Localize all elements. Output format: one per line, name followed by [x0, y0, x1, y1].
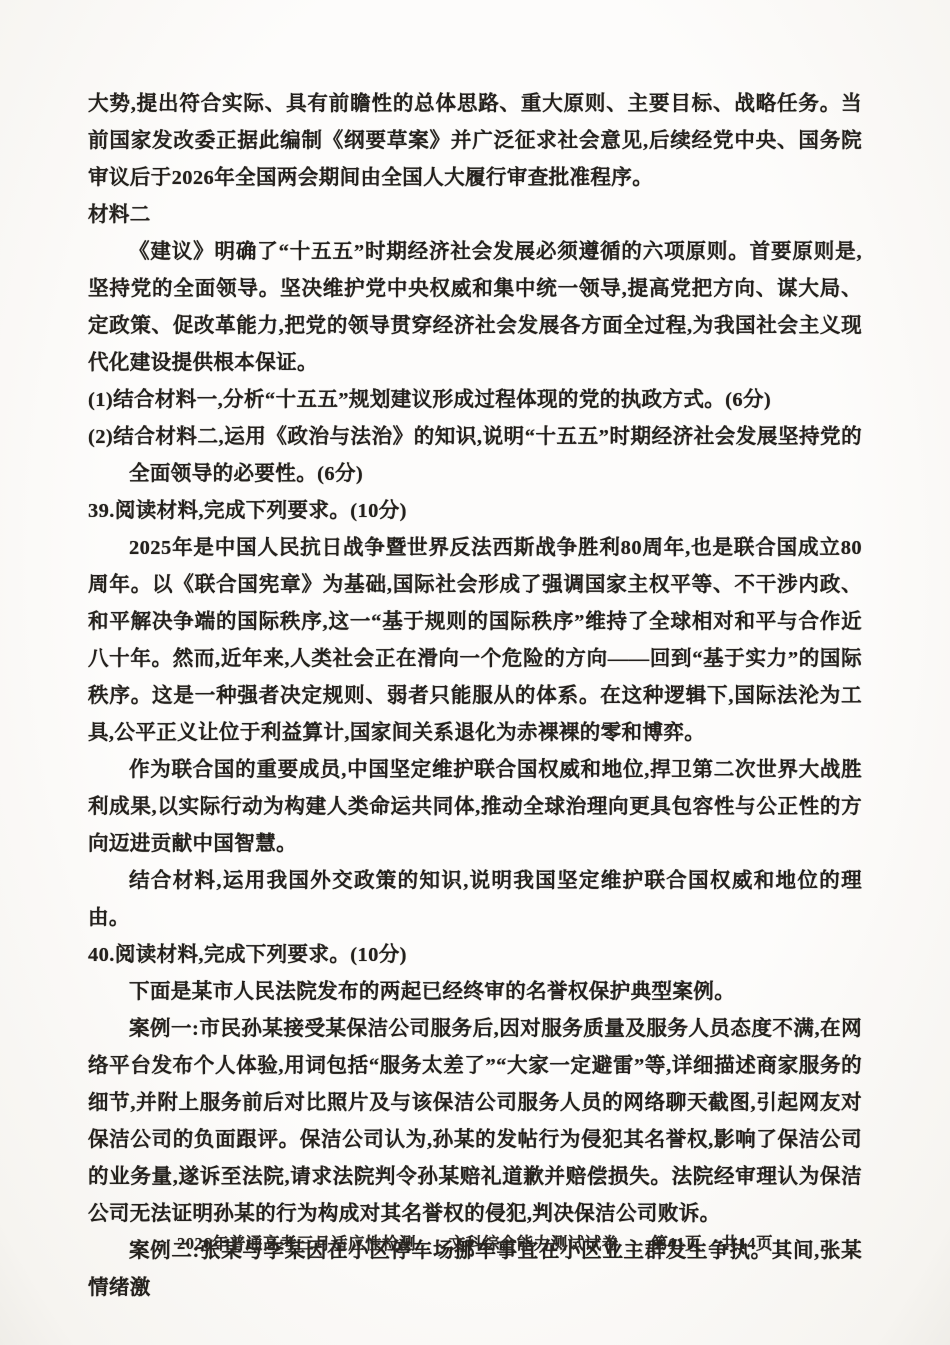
question-40-intro: 下面是某市人民法院发布的两起已经终审的名誉权保护典型案例。	[88, 974, 862, 1011]
question-39-stem: 39.阅读材料,完成下列要求。(10分)	[88, 493, 862, 530]
footer-page-number: 第11页	[651, 1234, 702, 1253]
scanned-exam-page: 大势,提出符合实际、具有前瞻性的总体思路、重大原则、主要目标、战略任务。当前国家…	[0, 0, 950, 1345]
question-39-material-paragraph-2: 作为联合国的重要成员,中国坚定维护联合国权威和地位,捍卫第二次世界大战胜利成果,…	[88, 752, 862, 863]
question-39-material-paragraph-1: 2025年是中国人民抗日战争暨世界反法西斯战争胜利80周年,也是联合国成立80周…	[88, 530, 862, 752]
material-two-heading: 材料二	[88, 197, 862, 234]
question-40-stem: 40.阅读材料,完成下列要求。(10分)	[88, 937, 862, 974]
page-footer: 2026年普通高考三月适应性检测 文科综合能力测试试卷 第11页 共14页	[0, 1230, 950, 1254]
footer-paper-title: 文科综合能力测试试卷	[449, 1234, 619, 1253]
footer-total-pages: 共14页	[721, 1234, 773, 1253]
exam-body-text: 大势,提出符合实际、具有前瞻性的总体思路、重大原则、主要目标、战略任务。当前国家…	[88, 86, 862, 1307]
subquestion-1: (1)结合材料一,分析“十五五”规划建议形成过程体现的党的执政方式。(6分)	[88, 382, 862, 419]
material-two-paragraph: 《建议》明确了“十五五”时期经济社会发展必须遵循的六项原则。首要原则是,坚持党的…	[88, 234, 862, 382]
subquestion-2: (2)结合材料二,运用《政治与法治》的知识,说明“十五五”时期经济社会发展坚持党…	[88, 419, 862, 493]
case-one-paragraph: 案例一:市民孙某接受某保洁公司服务后,因对服务质量及服务人员态度不满,在网络平台…	[88, 1011, 862, 1233]
question-39-task: 结合材料,运用我国外交政策的知识,说明我国坚定维护联合国权威和地位的理由。	[88, 863, 862, 937]
footer-exam-title: 2026年普通高考三月适应性检测	[177, 1234, 416, 1253]
paragraph-page-continuation: 大势,提出符合实际、具有前瞻性的总体思路、重大原则、主要目标、战略任务。当前国家…	[88, 86, 862, 197]
